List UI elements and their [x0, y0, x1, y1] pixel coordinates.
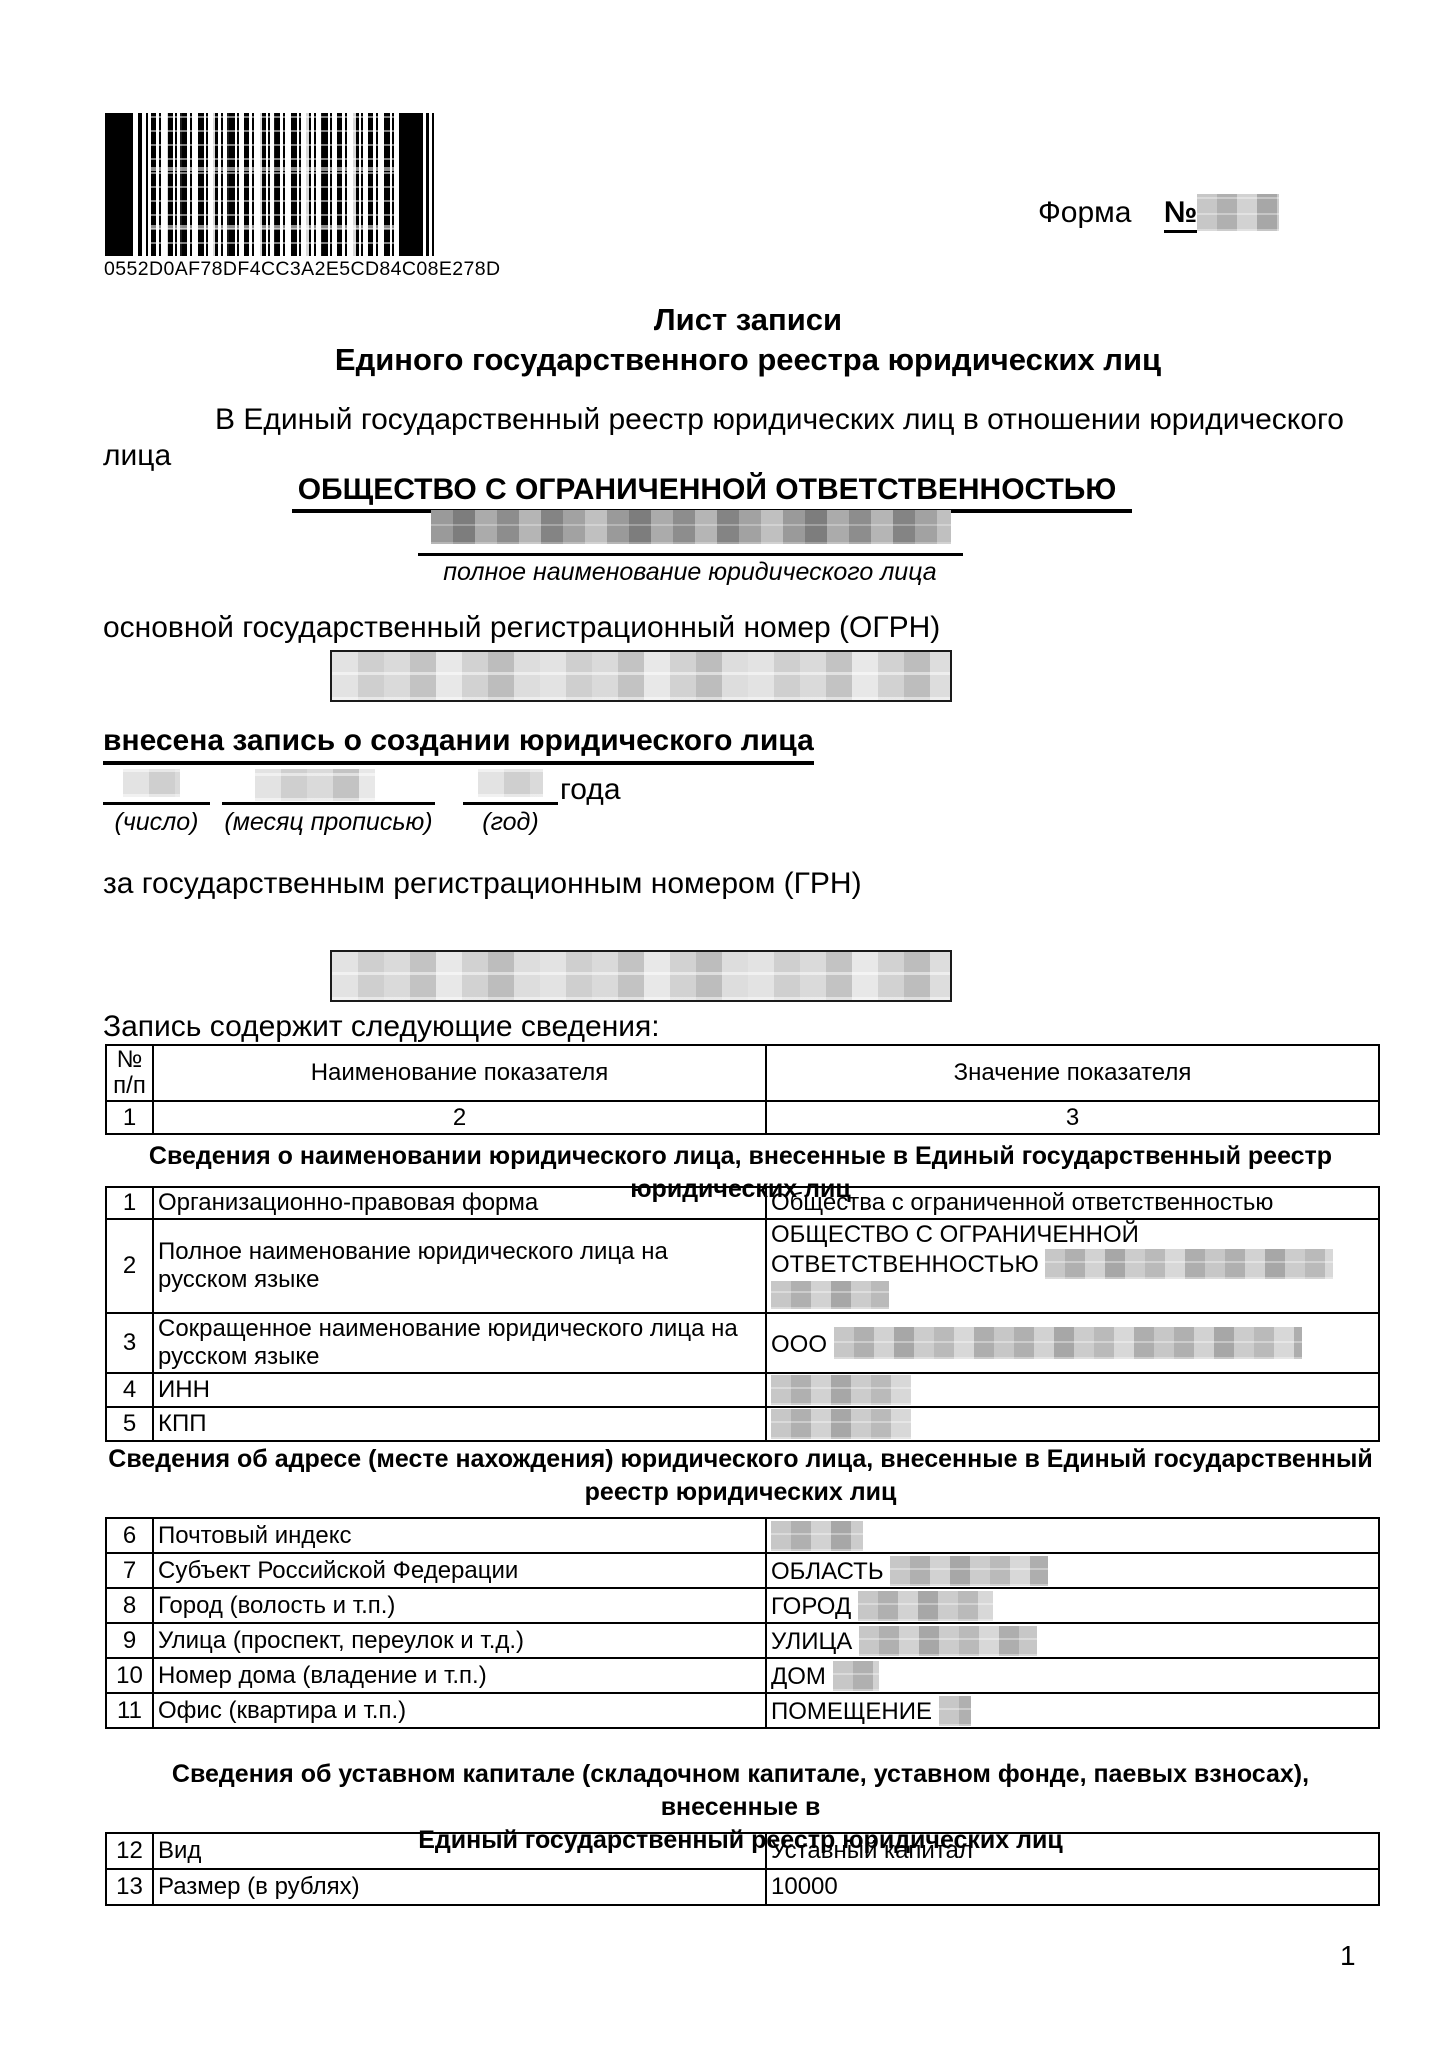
- document-title-line2: Единого государственного реестра юридиче…: [103, 341, 1393, 379]
- row-name: Офис (квартира и т.п.): [153, 1693, 766, 1728]
- barcode-start-pattern: [105, 113, 151, 256]
- row-num: 10: [106, 1658, 153, 1693]
- value-redacted: [1045, 1249, 1333, 1279]
- row-num: 13: [106, 1869, 153, 1905]
- row-name: Размер (в рублях): [153, 1869, 766, 1905]
- row-value: ОБЩЕСТВО С ОГРАНИЧЕННОЙ ОТВЕТСТВЕННОСТЬЮ: [766, 1219, 1379, 1313]
- records-intro: Запись содержит следующие сведения:: [103, 1009, 660, 1045]
- opf-title-wrap: ОБЩЕСТВО С ОГРАНИЧЕННОЙ ОТВЕТСТВЕННОСТЬЮ: [103, 473, 1321, 513]
- row-value: [766, 1518, 1379, 1553]
- barcode-pattern: [105, 113, 438, 256]
- capital-info-table: 12 Вид Уставный капитал 13 Размер (в руб…: [105, 1832, 1380, 1906]
- form-number-redacted: [1197, 194, 1279, 231]
- date-year-blank: [463, 769, 558, 805]
- row-num: 8: [106, 1588, 153, 1623]
- row-name: КПП: [153, 1407, 766, 1441]
- table-row: 6 Почтовый индекс: [106, 1518, 1379, 1553]
- section3-heading-line1: Сведения об уставном капитале (складочно…: [103, 1758, 1378, 1824]
- index-3: 3: [766, 1101, 1379, 1134]
- date-day-redacted: [123, 769, 180, 797]
- day-caption: (число): [103, 808, 210, 837]
- ogrn-value-redacted: [330, 650, 952, 702]
- company-name-redacted-line: [418, 510, 963, 556]
- value-redacted: [834, 1327, 1302, 1359]
- table-row: 4 ИНН: [106, 1373, 1379, 1407]
- table-row: 13 Размер (в рублях) 10000: [106, 1869, 1379, 1905]
- grn-value-redacted: [330, 950, 952, 1002]
- table-row: 9 Улица (проспект, переулок и т.д.) УЛИЦ…: [106, 1623, 1379, 1658]
- pdf417-barcode: [105, 113, 438, 256]
- value-redacted: [771, 1409, 911, 1439]
- row-value: ДОМ: [766, 1658, 1379, 1693]
- intro-line2: лица: [103, 438, 171, 474]
- table-row: 10 Номер дома (владение и т.п.) ДОМ: [106, 1658, 1379, 1693]
- section2-heading-line1: Сведения об адресе (месте нахождения) юр…: [103, 1443, 1378, 1476]
- value-redacted: [771, 1281, 889, 1309]
- table-row: 1 Организационно-правовая форма Общества…: [106, 1187, 1379, 1219]
- row-num: 3: [106, 1313, 153, 1373]
- ogrn-label: основной государственный регистрационный…: [103, 610, 940, 646]
- index-row: 1 2 3: [106, 1101, 1379, 1134]
- row-name: Полное наименование юридического лица на…: [153, 1219, 766, 1313]
- table-row: 3 Сокращенное наименование юридического …: [106, 1313, 1379, 1373]
- header-table: № п/п Наименование показателя Значение п…: [105, 1044, 1380, 1135]
- section1-heading-line1: Сведения о наименовании юридического лиц…: [103, 1140, 1378, 1173]
- row-value: Общества с ограниченной ответственностью: [766, 1187, 1379, 1219]
- row-value: [766, 1373, 1379, 1407]
- row-num: 11: [106, 1693, 153, 1728]
- table-row: 12 Вид Уставный капитал: [106, 1833, 1379, 1869]
- value-redacted: [771, 1375, 911, 1405]
- row-value: ПОМЕЩЕНИЕ: [766, 1693, 1379, 1728]
- record-statement: внесена запись о создании юридического л…: [103, 724, 814, 765]
- row-num: 4: [106, 1373, 153, 1407]
- row-name: Почтовый индекс: [153, 1518, 766, 1553]
- page-number: 1: [1340, 1940, 1356, 1972]
- col-header-num: № п/п: [106, 1045, 153, 1101]
- table-row: 2 Полное наименование юридического лица …: [106, 1219, 1379, 1313]
- month-caption: (месяц прописью): [222, 808, 435, 837]
- table-row: 11 Офис (квартира и т.п.) ПОМЕЩЕНИЕ: [106, 1693, 1379, 1728]
- row-name: Субъект Российской Федерации: [153, 1553, 766, 1588]
- table-row: 7 Субъект Российской Федерации ОБЛАСТЬ: [106, 1553, 1379, 1588]
- date-day-blank: [103, 769, 210, 805]
- row-num: 6: [106, 1518, 153, 1553]
- name-info-table: 1 Организационно-правовая форма Общества…: [105, 1186, 1380, 1442]
- row-num: 12: [106, 1833, 153, 1869]
- row-value: 10000: [766, 1869, 1379, 1905]
- row-value: ООО: [766, 1313, 1379, 1373]
- value-redacted: [890, 1556, 1048, 1586]
- row-num: 9: [106, 1623, 153, 1658]
- row-num: 5: [106, 1407, 153, 1441]
- row-value: Уставный капитал: [766, 1833, 1379, 1869]
- row-name: ИНН: [153, 1373, 766, 1407]
- date-month-redacted: [255, 769, 375, 801]
- address-info-table: 6 Почтовый индекс 7 Субъект Российской Ф…: [105, 1517, 1380, 1729]
- value-redacted: [859, 1626, 1037, 1656]
- grn-label: за государственным регистрационным номер…: [103, 866, 862, 902]
- record-statement-wrap: внесена запись о создании юридического л…: [103, 724, 814, 765]
- row-value: ГОРОД: [766, 1588, 1379, 1623]
- header-row: № п/п Наименование показателя Значение п…: [106, 1045, 1379, 1101]
- row-name: Вид: [153, 1833, 766, 1869]
- intro-line1: В Единый государственный реестр юридичес…: [215, 402, 1344, 438]
- col-header-name: Наименование показателя: [153, 1045, 766, 1101]
- index-1: 1: [106, 1101, 153, 1134]
- value-redacted: [939, 1696, 971, 1726]
- year-caption: (год): [463, 808, 558, 837]
- row-name: Сокращенное наименование юридического ли…: [153, 1313, 766, 1373]
- year-suffix: года: [560, 772, 621, 808]
- value-redacted: [858, 1591, 993, 1621]
- table-row: 8 Город (волость и т.п.) ГОРОД: [106, 1588, 1379, 1623]
- row-name: Улица (проспект, переулок и т.д.): [153, 1623, 766, 1658]
- company-name-redacted: [431, 510, 951, 544]
- row-num: 7: [106, 1553, 153, 1588]
- date-month-blank: [222, 769, 435, 805]
- value-redacted: [833, 1661, 879, 1691]
- section2-heading: Сведения об адресе (месте нахождения) юр…: [103, 1443, 1378, 1509]
- form-label: Форма: [1038, 196, 1132, 229]
- row-value: [766, 1407, 1379, 1441]
- section2-heading-line2: реестр юридических лиц: [103, 1476, 1378, 1509]
- date-year-redacted: [478, 769, 543, 797]
- barcode-code-text: 0552D0AF78DF4CC3A2E5CD84C08E278D: [104, 258, 501, 281]
- table-row: 5 КПП: [106, 1407, 1379, 1441]
- row-num: 1: [106, 1187, 153, 1219]
- row-name: Организационно-правовая форма: [153, 1187, 766, 1219]
- form-number-line: Форма №: [1038, 194, 1279, 231]
- company-name-caption: полное наименование юридического лица: [103, 558, 1277, 587]
- document-page: 0552D0AF78DF4CC3A2E5CD84C08E278D Форма №…: [0, 0, 1450, 2050]
- index-2: 2: [153, 1101, 766, 1134]
- col-header-value: Значение показателя: [766, 1045, 1379, 1101]
- row-name: Номер дома (владение и т.п.): [153, 1658, 766, 1693]
- value-redacted: [771, 1521, 863, 1551]
- document-title-line1: Лист записи: [103, 301, 1393, 339]
- row-value: ОБЛАСТЬ: [766, 1553, 1379, 1588]
- barcode-stop-pattern: [396, 113, 438, 256]
- row-name: Город (волость и т.п.): [153, 1588, 766, 1623]
- barcode-data-region: [151, 113, 396, 256]
- row-value: УЛИЦА: [766, 1623, 1379, 1658]
- number-sign: №: [1164, 196, 1197, 233]
- row-num: 2: [106, 1219, 153, 1313]
- opf-title: ОБЩЕСТВО С ОГРАНИЧЕННОЙ ОТВЕТСТВЕННОСТЬЮ: [292, 473, 1133, 513]
